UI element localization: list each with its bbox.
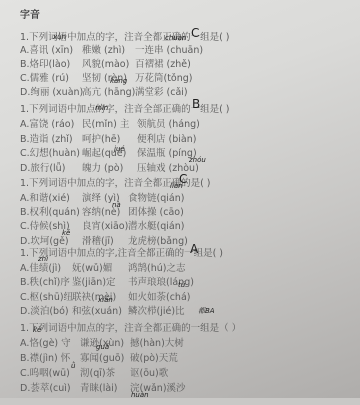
option-word: 稚嫩 (zhì) xyxy=(82,42,125,56)
option-word: 潜水艇(qián) xyxy=(128,218,184,232)
option-word: 便利店 (biàn) xyxy=(137,131,196,145)
option-word: A.和谐(xié) xyxy=(20,190,70,204)
handwritten-correction: kàng xyxy=(110,77,127,85)
option-word: 讴(ōu)歌 xyxy=(130,365,168,379)
handwritten-correction: huàn xyxy=(131,391,149,399)
option-word: 保温瓶 (píng) xyxy=(137,145,197,159)
handwritten-correction: nà xyxy=(112,201,121,209)
option-word: 高亢 (hāng) xyxy=(82,84,135,98)
option-word: 满堂彩 (cǎi) xyxy=(135,84,188,98)
section-heading: 字音 xyxy=(20,6,40,21)
handwritten-correction: tú xyxy=(178,281,185,289)
option-word: 青睐(lài) xyxy=(80,380,118,394)
option-word: 鳞次栉(jié)比 xyxy=(128,303,185,317)
handwritten-correction: zhóu xyxy=(189,156,206,164)
option-word: C.呜咽(wū) xyxy=(20,365,70,379)
page-bottom-edge xyxy=(0,398,360,405)
option-word: B.襟(jìn) 怀 xyxy=(20,350,70,364)
option-word: C.幻想(huàn) xyxy=(20,145,80,159)
option-word: B.造诣 (zhǐ) xyxy=(20,131,73,145)
handwritten-correction: xùn xyxy=(53,33,66,41)
option-word: A.恪(gè) 守 xyxy=(20,335,71,349)
option-word: D.绚丽 (xuàn) xyxy=(20,84,83,98)
handwritten-answer: C xyxy=(191,26,199,40)
handwritten-correction: zhì xyxy=(38,255,48,263)
handwritten-correction: liàn xyxy=(170,182,183,190)
option-word: C.儒雅 (rú) xyxy=(20,70,69,84)
option-word: B.烙印(lào) xyxy=(20,56,70,70)
option-word: 魄力 (pò) xyxy=(82,160,123,174)
option-word: 鉴(jiān)定 xyxy=(72,274,116,288)
handwritten-correction: kě xyxy=(62,229,70,237)
option-word: 呵护(hē) xyxy=(82,131,120,145)
worksheet-page: 字音 1.下列词语中加点的字，注音全都正确的一组是( )A.喜讯 (xīn)稚嫩… xyxy=(0,0,360,405)
handwritten-correction: kè xyxy=(33,326,41,334)
option-word: 团体操 (cāo) xyxy=(128,204,184,218)
option-word: B.权利(quán) xyxy=(20,204,80,218)
option-word: 领航员 (háng) xyxy=(137,116,200,130)
option-word: 良宵(xiāo) xyxy=(82,218,128,232)
option-word: 一连串 (chuān) xyxy=(135,42,203,56)
option-word: 沏(qī)茶 xyxy=(80,365,115,379)
option-word: D.旅行(lǚ) xyxy=(20,160,65,174)
handwritten-correction: jué xyxy=(114,145,125,153)
option-word: C.枢(shū)纽 xyxy=(20,289,73,303)
option-word: 如火如荼(chá) xyxy=(128,289,190,303)
option-word: 鸿鹄(hú)之志 xyxy=(128,260,185,274)
option-word: 撼(hàn)大树 xyxy=(130,335,184,349)
option-word: 和弦(xuán) xyxy=(72,303,122,317)
option-word: A.富饶 (ráo) xyxy=(20,116,74,130)
handwritten-correction: 都BA xyxy=(198,306,215,316)
handwritten-answer: B xyxy=(192,97,200,111)
handwritten-correction: xián xyxy=(98,296,113,304)
handwritten-correction: guǎ xyxy=(96,343,109,351)
option-word: 寡闻(guō) xyxy=(80,350,124,364)
handwritten-correction: ǜ xyxy=(71,362,75,370)
option-word: 破(pò)天荒 xyxy=(130,350,178,364)
option-word: 百褶裙 (zhě) xyxy=(135,56,191,70)
option-word: D.荟萃(cuì) xyxy=(20,380,71,394)
question-stem: 1.下列词语中加点的字，注音全都正确的一组是（ ） xyxy=(20,320,241,334)
option-word: 妩(wǔ)媚 xyxy=(72,260,112,274)
option-word: B.秩(chǐ)序 xyxy=(20,274,70,288)
option-word: 民(mǐn) 主 xyxy=(82,116,129,130)
option-word: 万花筒(tǒng) xyxy=(135,70,193,84)
option-word: D.淡泊(bó) xyxy=(20,303,69,317)
handwritten-correction: mín xyxy=(95,104,108,112)
option-word: A.喜讯 (xīn) xyxy=(20,42,73,56)
option-word: 风貌(mào) xyxy=(82,56,129,70)
option-word: 食物链(qián) xyxy=(128,190,184,204)
handwritten-correction: chuàn xyxy=(165,34,186,42)
handwritten-answer: A xyxy=(190,242,198,256)
